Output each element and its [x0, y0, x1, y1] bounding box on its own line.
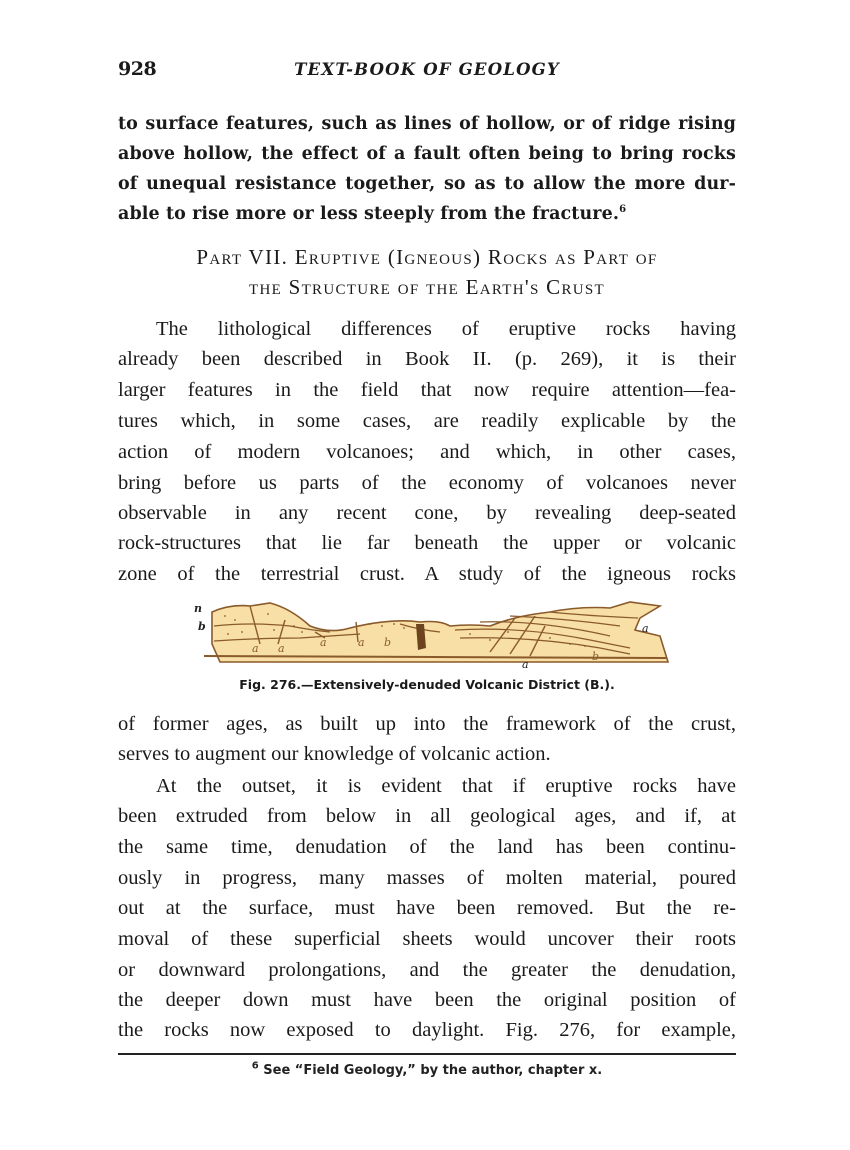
text-line: of unequal resistance together, so as to… — [118, 169, 736, 199]
text-line: of former ages, as built up into the fra… — [118, 709, 736, 739]
text-line: been extruded from below in all geologic… — [118, 801, 736, 831]
text-line: above hollow, the effect of a fault ofte… — [118, 139, 736, 169]
svg-text:a: a — [320, 636, 327, 649]
svg-text:a: a — [522, 658, 529, 668]
svg-text:b: b — [384, 636, 391, 649]
book-page: 928 TEXT-BOOK OF GEOLOGY to surface feat… — [0, 0, 850, 1150]
footnote-marker: 6 — [619, 204, 626, 215]
text-line: the deeper down must have been the origi… — [118, 985, 736, 1015]
text-line: able to rise more or less steeply from t… — [118, 199, 736, 229]
text-line: moval of these superficial sheets would … — [118, 924, 736, 954]
text-line: The lithological differences of eruptive… — [118, 314, 736, 344]
text-line-content: able to rise more or less steeply from t… — [118, 204, 619, 224]
text-line: larger features in the field that now re… — [118, 375, 736, 405]
text-line: or downward prolongations, and the great… — [118, 955, 736, 985]
footnote: 6 See “Field Geology,” by the author, ch… — [118, 1063, 736, 1078]
text-line: zone of the terrestrial crust. A study o… — [118, 559, 736, 589]
text-line: tures which, in some cases, are readily … — [118, 406, 736, 436]
svg-text:a: a — [278, 642, 285, 655]
footnote-text: See “Field Geology,” by the author, chap… — [263, 1063, 602, 1078]
text-line: the same time, denudation of the land ha… — [118, 832, 736, 862]
text-line: observable in any recent cone, by reveal… — [118, 498, 736, 528]
text-line: At the outset, it is evident that if eru… — [118, 771, 736, 801]
footnote-divider — [118, 1053, 736, 1055]
section-heading-line-2: the Structure of the Earth's Crust — [118, 272, 736, 302]
text-line: the rocks now exposed to daylight. Fig. … — [118, 1015, 736, 1045]
text-line: rock-structures that lie far beneath the… — [118, 528, 736, 558]
text-line: already been described in Book II. (p. 2… — [118, 344, 736, 374]
page-header: 928 TEXT-BOOK OF GEOLOGY — [118, 58, 736, 88]
geological-section-drawing: n b a a a a b a b a — [190, 596, 670, 668]
running-head: TEXT-BOOK OF GEOLOGY — [118, 60, 736, 79]
text-line: to surface features, such as lines of ho… — [118, 109, 736, 139]
figure-caption: Fig. 276.—Extensively-denuded Volcanic D… — [118, 677, 736, 692]
text-line: serves to augment our knowledge of volca… — [118, 739, 736, 769]
label-n: n — [194, 602, 202, 615]
svg-text:a: a — [642, 622, 649, 635]
section-heading-line-1: Part VII. Eruptive (Igneous) Rocks as Pa… — [118, 242, 736, 272]
text-line: ously in progress, many masses of molten… — [118, 863, 736, 893]
svg-text:a: a — [252, 642, 259, 655]
footnote-marker: 6 — [252, 1061, 259, 1072]
svg-text:b: b — [592, 650, 599, 663]
text-line: out at the surface, must have been remov… — [118, 893, 736, 923]
figure-276-illustration: n b a a a a b a b a — [190, 596, 670, 668]
text-line: action of modern volcanoes; and which, i… — [118, 437, 736, 467]
svg-text:a: a — [358, 636, 365, 649]
label-b: b — [198, 620, 206, 633]
text-line: bring before us parts of the economy of … — [118, 468, 736, 498]
